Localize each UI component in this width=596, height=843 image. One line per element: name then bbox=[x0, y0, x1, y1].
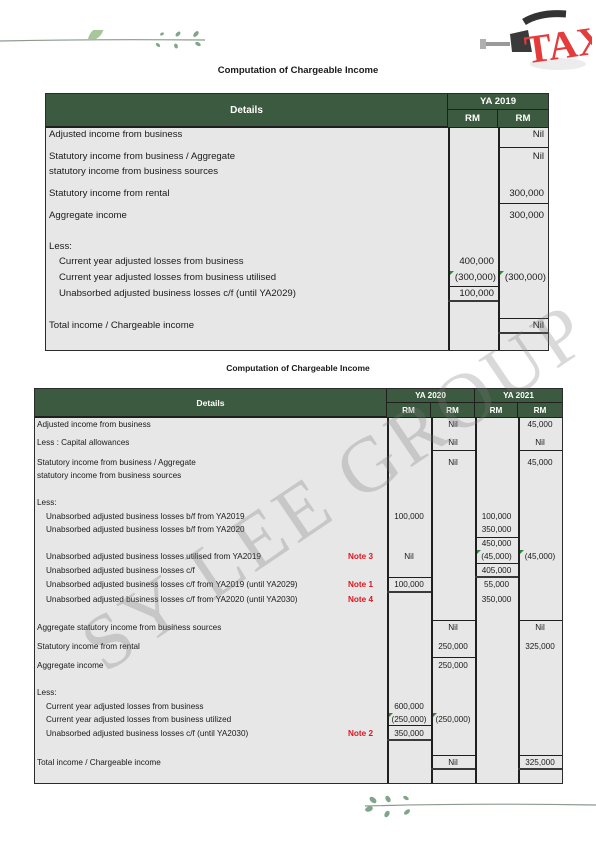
value-cell: Nil bbox=[387, 551, 431, 562]
row-label: Current year adjusted losses from busine… bbox=[59, 256, 244, 268]
value-cell: 250,000 bbox=[431, 660, 475, 671]
row-label: Statutory income from rental bbox=[37, 641, 140, 652]
cell-border bbox=[431, 657, 475, 658]
table1-col-header: RM bbox=[498, 110, 548, 127]
table2-col-header: RM bbox=[387, 403, 431, 417]
row-label: Total income / Chargeable income bbox=[37, 757, 161, 768]
value-cell: Nil bbox=[498, 151, 544, 163]
value-cell: 325,000 bbox=[518, 641, 562, 652]
cell-border bbox=[498, 147, 548, 148]
value-cell: Nil bbox=[431, 757, 475, 768]
row-label: Statutory income from business / Aggrega… bbox=[37, 457, 196, 468]
row-label: Aggregate income bbox=[49, 210, 127, 222]
note-1-link[interactable]: Note 1 bbox=[348, 579, 373, 590]
table2-col-header: RM bbox=[475, 403, 518, 417]
table1-details-header: Details bbox=[46, 94, 448, 127]
row-label: Unabsorbed adjusted business losses b/f … bbox=[46, 524, 245, 535]
error-indicator-icon bbox=[389, 713, 393, 717]
value-cell: 100,000 bbox=[387, 511, 431, 522]
row-label: Current year adjusted losses from busine… bbox=[46, 714, 231, 725]
row-label: Unabsorbed adjusted business losses c/f … bbox=[59, 288, 296, 300]
value-cell: Nil bbox=[498, 320, 544, 332]
row-label: Current year adjusted losses from busine… bbox=[46, 701, 203, 712]
value-cell: Nil bbox=[431, 622, 475, 633]
row-label: Unabsorbed adjusted business losses b/f … bbox=[46, 511, 245, 522]
value-cell: (45,000) bbox=[518, 551, 562, 562]
error-indicator-icon bbox=[520, 550, 524, 554]
value-cell: Nil bbox=[431, 457, 475, 468]
row-label: Less: bbox=[37, 687, 57, 698]
table1-col-header: RM bbox=[448, 110, 498, 127]
value-cell: 55,000 bbox=[475, 579, 518, 590]
value-cell: 350,000 bbox=[475, 594, 518, 605]
row-label: Unabsorbed adjusted business losses c/f … bbox=[46, 728, 248, 739]
error-indicator-icon bbox=[477, 550, 481, 554]
row-label: Less : Capital allowances bbox=[37, 437, 129, 448]
cell-border bbox=[498, 318, 548, 319]
row-label: Adjusted income from business bbox=[37, 419, 151, 430]
header-divider bbox=[35, 417, 562, 418]
row-label: Statutory income from rental bbox=[49, 188, 170, 200]
header-divider bbox=[46, 127, 548, 128]
row-label: Less: bbox=[37, 497, 57, 508]
row-label: Unabsorbed adjusted business losses c/f … bbox=[46, 579, 298, 590]
value-cell: (250,000) bbox=[431, 714, 475, 725]
value-cell: (45,000) bbox=[475, 551, 518, 562]
cell-border bbox=[387, 577, 431, 578]
cell-border bbox=[431, 450, 475, 451]
cell-double-border bbox=[498, 332, 548, 334]
value-cell: 450,000 bbox=[475, 538, 518, 549]
row-label: Less: bbox=[49, 241, 72, 253]
cell-border bbox=[518, 620, 562, 621]
error-indicator-icon bbox=[450, 271, 454, 275]
branch-bird-decoration-icon bbox=[0, 30, 210, 50]
table2-title: Computation of Chargeable Income bbox=[0, 363, 596, 373]
cell-border bbox=[518, 450, 562, 451]
cell-border bbox=[431, 755, 475, 756]
cell-double-border bbox=[387, 591, 431, 593]
row-label: Aggregate statutory income from business… bbox=[37, 622, 221, 633]
cell-border bbox=[498, 203, 548, 204]
svg-text:TAX: TAX bbox=[522, 16, 592, 72]
tax-clamp-icon: TAX bbox=[480, 2, 592, 72]
row-label: Unabsorbed adjusted business losses c/f … bbox=[46, 594, 298, 605]
cell-double-border bbox=[431, 768, 475, 770]
cell-double-border bbox=[475, 576, 518, 578]
error-indicator-icon bbox=[500, 271, 504, 275]
value-cell: 350,000 bbox=[475, 524, 518, 535]
row-label: Unabsorbed adjusted business losses c/f bbox=[46, 565, 195, 576]
table2-year-header: YA 2021 bbox=[475, 389, 562, 403]
note-4-link[interactable]: Note 4 bbox=[348, 594, 373, 605]
value-cell: 325,000 bbox=[518, 757, 562, 768]
value-cell: 300,000 bbox=[498, 210, 544, 222]
value-cell: 100,000 bbox=[448, 288, 494, 300]
cell-border bbox=[431, 620, 475, 621]
value-cell: 400,000 bbox=[448, 256, 494, 268]
value-cell: (250,000) bbox=[387, 714, 431, 725]
row-label: Adjusted income from business bbox=[49, 129, 182, 141]
value-cell: 350,000 bbox=[387, 728, 431, 739]
table2-col-header: RM bbox=[431, 403, 475, 417]
value-cell: 300,000 bbox=[498, 188, 544, 200]
row-label: statutory income from business sources bbox=[49, 166, 218, 178]
note-2-link[interactable]: Note 2 bbox=[348, 728, 373, 739]
row-label: Current year adjusted losses from busine… bbox=[59, 272, 276, 284]
table2-year-header: YA 2020 bbox=[387, 389, 475, 403]
error-indicator-icon bbox=[433, 713, 437, 717]
value-cell: Nil bbox=[518, 437, 562, 448]
value-cell: 100,000 bbox=[387, 579, 431, 590]
value-cell: 250,000 bbox=[431, 641, 475, 652]
row-label: Aggregate income bbox=[37, 660, 103, 671]
column-divider bbox=[518, 417, 520, 783]
row-label: statutory income from business sources bbox=[37, 470, 181, 481]
cell-border bbox=[448, 286, 498, 287]
column-divider bbox=[431, 417, 433, 783]
column-divider bbox=[448, 127, 450, 350]
cell-border bbox=[475, 563, 518, 564]
value-cell: (300,000) bbox=[498, 272, 546, 284]
value-cell: 600,000 bbox=[387, 701, 431, 712]
cell-double-border bbox=[448, 300, 498, 302]
table1-year-header: YA 2019 bbox=[448, 94, 548, 110]
cell-border bbox=[387, 725, 431, 726]
note-3-link[interactable]: Note 3 bbox=[348, 551, 373, 562]
value-cell: 45,000 bbox=[518, 457, 562, 468]
value-cell: Nil bbox=[518, 622, 562, 633]
row-label: Total income / Chargeable income bbox=[49, 320, 194, 332]
value-cell: (300,000) bbox=[448, 272, 496, 284]
value-cell: 405,000 bbox=[475, 565, 518, 576]
value-cell: 45,000 bbox=[518, 419, 562, 430]
table1-title: Computation of Chargeable Income bbox=[0, 65, 596, 76]
cell-double-border bbox=[387, 739, 431, 741]
row-label: Unabsorbed adjusted business losses util… bbox=[46, 551, 261, 562]
table2-col-header: RM bbox=[518, 403, 562, 417]
value-cell: Nil bbox=[498, 129, 544, 141]
value-cell: 100,000 bbox=[475, 511, 518, 522]
value-cell: Nil bbox=[431, 419, 475, 430]
cell-border bbox=[518, 755, 562, 756]
table2-details-header: Details bbox=[35, 389, 387, 417]
row-label: Statutory income from business / Aggrega… bbox=[49, 151, 235, 163]
branch-leaves-decoration-icon bbox=[355, 795, 596, 825]
cell-double-border bbox=[518, 768, 562, 770]
value-cell: Nil bbox=[431, 437, 475, 448]
